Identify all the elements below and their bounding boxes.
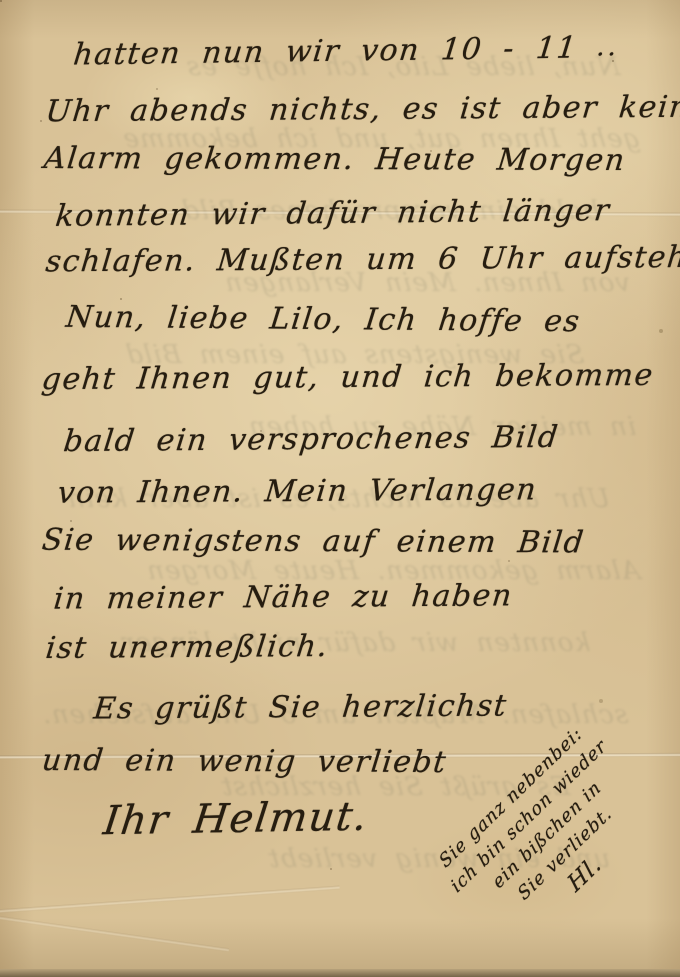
letter-line: konnten wir dafür nicht länger [54, 193, 612, 234]
bottom-edge-shadow [0, 969, 680, 977]
paper-specks [0, 0, 2, 2]
letter-line: hatten nun wir von 10 - 11 [72, 30, 580, 72]
letter-line: in meiner Nähe zu haben [52, 578, 514, 616]
letter-line: schlafen. Mußten um 6 Uhr aufstehen. [44, 240, 680, 280]
ink-dots: ·· [595, 40, 620, 70]
letter-line: Es grüßt Sie herzlichst [92, 689, 509, 727]
letter-line: und ein wenig verliebt [40, 743, 449, 780]
letter-line: Nun, liebe Lilo, Ich hoffe es [64, 300, 582, 339]
letter-line: geht Ihnen gut, und ich bekomme [40, 358, 655, 397]
signature: Ihr Helmut. [101, 794, 371, 845]
letter-line: bald ein versprochenes Bild [62, 420, 561, 459]
letter-line: Alarm gekommen. Heute Morgen [42, 141, 627, 178]
letter-line: Sie wenigstens auf einem Bild [40, 523, 586, 561]
letter-line: ist unermeßlich. [44, 629, 331, 666]
letter-scan: Nun, liebe Lilo, Ich hoffe es geht Ihnen… [0, 0, 680, 977]
letter-line: von Ihnen. Mein Verlangen [56, 472, 539, 510]
letter-line: Uhr abends nichts, es ist aber kein [44, 90, 680, 129]
